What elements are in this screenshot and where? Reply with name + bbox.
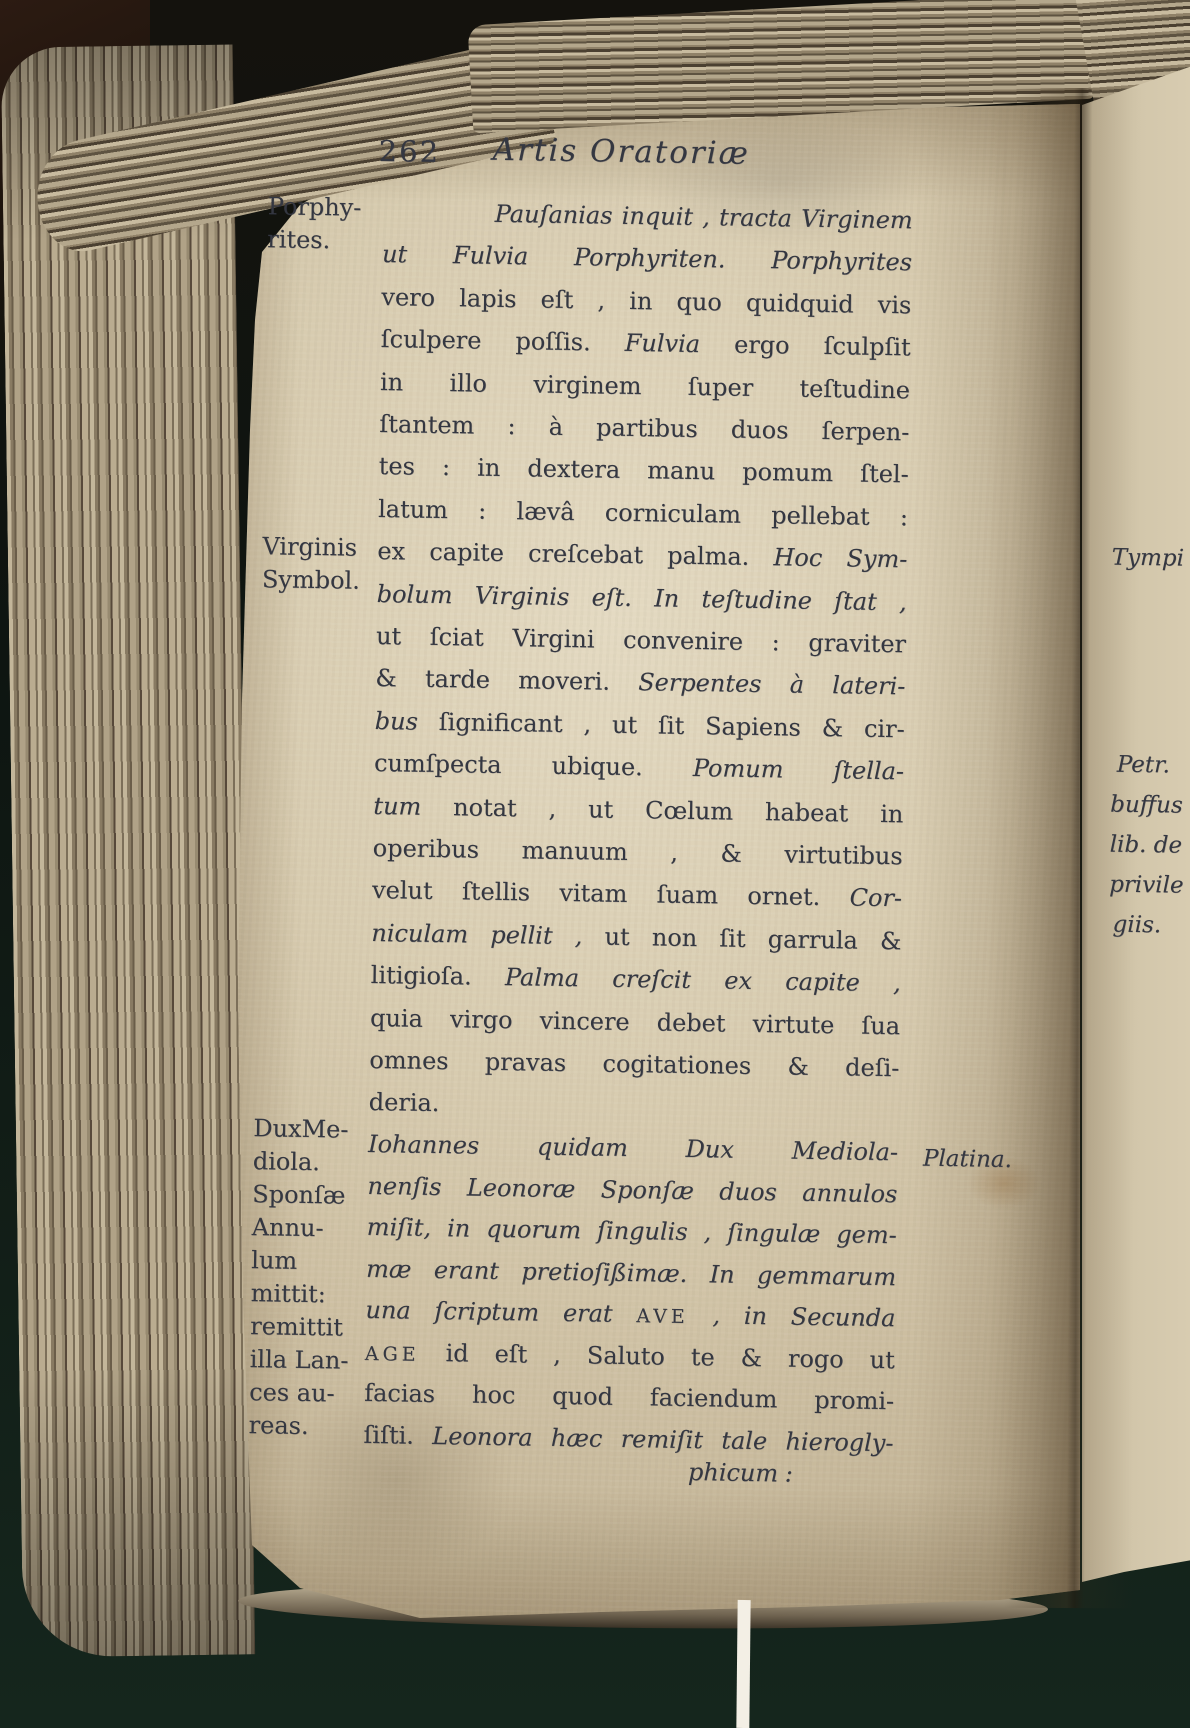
margin-note-line: Annu- xyxy=(252,1211,385,1246)
text-segment: quia virgo vincere debet virtute ſua xyxy=(370,1004,900,1040)
text-segment: Fulvia xyxy=(625,329,701,358)
text-segment: ſiſti. xyxy=(363,1421,432,1450)
text-segment: cumſpecta ubique. xyxy=(374,749,693,782)
text-segment: nenſis Leonoræ Sponſæ duos annulos xyxy=(367,1172,897,1208)
text-segment: tum xyxy=(373,792,421,821)
page-number: 262 xyxy=(378,134,440,169)
body-line: facias hoc quod faciendum promi- xyxy=(364,1378,894,1416)
text-segment: ſculpere poſſis. xyxy=(381,325,625,357)
facing-note-line: buffus xyxy=(1110,792,1183,819)
text-segment: bolum Virginis eſt. In teſtudine ſtat , xyxy=(377,580,907,616)
body-line: ut ſciat Virgini convenire : graviter xyxy=(376,621,906,659)
text-segment: Iohannes quidam Dux Mediola- xyxy=(368,1130,898,1166)
text-segment: tes : in dextera manu pomum ſtel- xyxy=(379,452,909,488)
text-segment: niculam pellit , xyxy=(371,919,582,950)
body-line: velut ſtellis vitam ſuam ornet. Cor- xyxy=(372,875,902,913)
body-line: in illo virginem ſuper teſtudine xyxy=(380,367,910,405)
text-segment: ergo ſculpſit xyxy=(700,330,911,361)
text-segment: omnes pravas cogitationes & deſi- xyxy=(369,1046,899,1082)
body-line: phicum : xyxy=(688,1457,793,1489)
text-segment: velut ſtellis vitam ſuam ornet. xyxy=(372,876,850,911)
body-line: nenſis Leonoræ Sponſæ duos annulos xyxy=(367,1171,897,1209)
body-line: Iohannes quidam Dux Mediola- xyxy=(368,1129,898,1167)
text-segment: operibus manuum , & virtutibus xyxy=(373,834,903,870)
body-line: ut Fulvia Porphyriten. Porphyrites xyxy=(382,239,912,277)
body-line: ſculpere poſſis. Fulvia ergo ſculpſit xyxy=(381,324,911,362)
facing-note-line: privile xyxy=(1109,872,1184,899)
body-line: ſiſti. Leonora hæc remiſit tale hierogly… xyxy=(363,1420,893,1458)
text-segment: una ſcriptum erat xyxy=(365,1296,636,1328)
body-line: ex capite creſcebat palma. Hoc Sym- xyxy=(377,536,907,574)
text-segment: id eſt , Saluto te & rogo ut xyxy=(419,1339,895,1374)
body-line: vero lapis eſt , in quo quidquid vis xyxy=(381,282,911,320)
body-line: latum : lævâ corniculam pellebat : xyxy=(378,494,908,532)
margin-note-group: VirginisSymbol. xyxy=(262,530,395,598)
body-line: omnes pravas cogitationes & deſi- xyxy=(369,1045,899,1083)
margin-note-line: remittit xyxy=(250,1310,383,1345)
body-line: tes : in dextera manu pomum ſtel- xyxy=(379,451,909,489)
text-segment: Age xyxy=(365,1343,420,1366)
text-segment: phicum : xyxy=(688,1458,793,1488)
margin-note-line: reas. xyxy=(248,1409,381,1444)
body-line: quia virgo vincere debet virtute ſua xyxy=(370,1003,900,1041)
margin-note-line: rites. xyxy=(267,223,400,258)
margin-note-line: DuxMe- xyxy=(253,1112,386,1147)
text-segment: Leonora hæc remiſit tale hierogly- xyxy=(432,1422,894,1457)
body-line: tum notat , ut Cœlum habeat in xyxy=(373,791,903,829)
facing-note-line: Petr. xyxy=(1117,752,1170,779)
text-segment: miſit, in quorum ſingulis , ſingulæ gem- xyxy=(367,1213,897,1249)
body-line: operibus manuum , & virtutibus xyxy=(373,833,903,871)
body-line: cumſpecta ubique. Pomum ſtella- xyxy=(374,748,904,786)
text-segment: Hoc Sym- xyxy=(773,543,907,573)
text-segment: latum : lævâ corniculam pellebat : xyxy=(378,495,908,531)
text-segment: ut non ſit garrula & xyxy=(582,922,901,955)
text-segment: vero lapis eſt , in quo quidquid vis xyxy=(381,283,911,319)
text-segment: Pauſanias inquit , tracta Virginem xyxy=(495,200,913,235)
text-segment: Cor- xyxy=(849,883,902,912)
text-segment: mæ erant pretioſißimæ. In gemmarum xyxy=(366,1255,896,1291)
running-title: Artis Oratoriæ xyxy=(492,132,750,172)
body-line: niculam pellit , ut non ſit garrula & xyxy=(371,918,901,956)
text-segment: Ave xyxy=(636,1305,689,1328)
text-segment: in illo virginem ſuper teſtudine xyxy=(380,368,910,404)
margin-note-line: Virginis xyxy=(262,530,395,565)
margin-note-line: diola. xyxy=(253,1145,386,1180)
margin-note-line: ces au- xyxy=(249,1376,382,1411)
text-segment: & tarde moveri. xyxy=(375,664,638,696)
text-segment: facias hoc quod faciendum promi- xyxy=(364,1379,894,1415)
text-segment: ut ſciat Virgini convenire : graviter xyxy=(376,622,906,658)
body-line: litigioſa. Palma creſcit ex capite , xyxy=(371,960,901,998)
facing-page-notes: TympiPetr.buffuslib. deprivilegiis. xyxy=(1071,59,1190,1590)
facing-note-line: giis. xyxy=(1112,912,1161,939)
margin-note-platina: Platina. xyxy=(923,1146,1012,1173)
body-line: mæ erant pretioſißimæ. In gemmarum xyxy=(366,1254,896,1292)
margin-note-line: illa Lan- xyxy=(249,1343,382,1378)
text-segment: Serpentes à lateri- xyxy=(638,668,906,700)
text-segment: deria. xyxy=(369,1088,440,1117)
margin-note-line: Sponſæ xyxy=(252,1178,385,1213)
text-segment: bus xyxy=(375,707,419,736)
body-line: bolum Virginis eſt. In teſtudine ſtat , xyxy=(377,579,907,617)
text-segment: ex capite creſcebat palma. xyxy=(377,537,774,571)
text-segment: notat , ut Cœlum habeat in xyxy=(421,793,904,829)
body-line: bus ſignificant , ut ſit Sapiens & cir- xyxy=(375,706,905,744)
text-segment: Palma creſcit ex capite , xyxy=(505,963,901,997)
body-line: Age id eſt , Saluto te & rogo ut xyxy=(365,1337,895,1377)
margin-note-line: Porphy- xyxy=(268,190,401,225)
printed-text-layer: 262 Artis Oratoriæ Porphy-rites.Virginis… xyxy=(208,90,1092,1633)
body-line: una ſcriptum erat Ave , in Secunda xyxy=(365,1295,895,1335)
text-segment: ſtantem : à partibus duos ſerpen- xyxy=(379,410,909,446)
text-segment: ſignificant , ut ſit Sapiens & cir- xyxy=(418,708,905,744)
text-segment: litigioſa. xyxy=(371,961,506,991)
body-line: deria. xyxy=(369,1087,899,1125)
margin-note-group: Porphy-rites. xyxy=(267,190,400,258)
facing-note-line: Tympi xyxy=(1112,545,1185,572)
body-line: & tarde moveri. Serpentes à lateri- xyxy=(375,663,905,701)
text-segment: , in Secunda xyxy=(688,1301,895,1332)
margin-note-line: lum xyxy=(251,1244,384,1279)
body-line: Pauſanias inquit , tracta Virginem xyxy=(495,199,913,236)
text-segment: Pomum ſtella- xyxy=(693,754,905,785)
facing-note-line: lib. de xyxy=(1110,832,1183,859)
book-photo: 262 Artis Oratoriæ Porphy-rites.Virginis… xyxy=(0,0,1190,1728)
body-line: miſit, in quorum ſingulis , ſingulæ gem- xyxy=(367,1212,897,1250)
body-line: ſtantem : à partibus duos ſerpen- xyxy=(379,409,909,447)
margin-note-line: Symbol. xyxy=(262,563,395,598)
text-segment: ut Fulvia Porphyriten. Porphyrites xyxy=(382,240,912,276)
margin-note-line: mittit: xyxy=(250,1277,383,1312)
